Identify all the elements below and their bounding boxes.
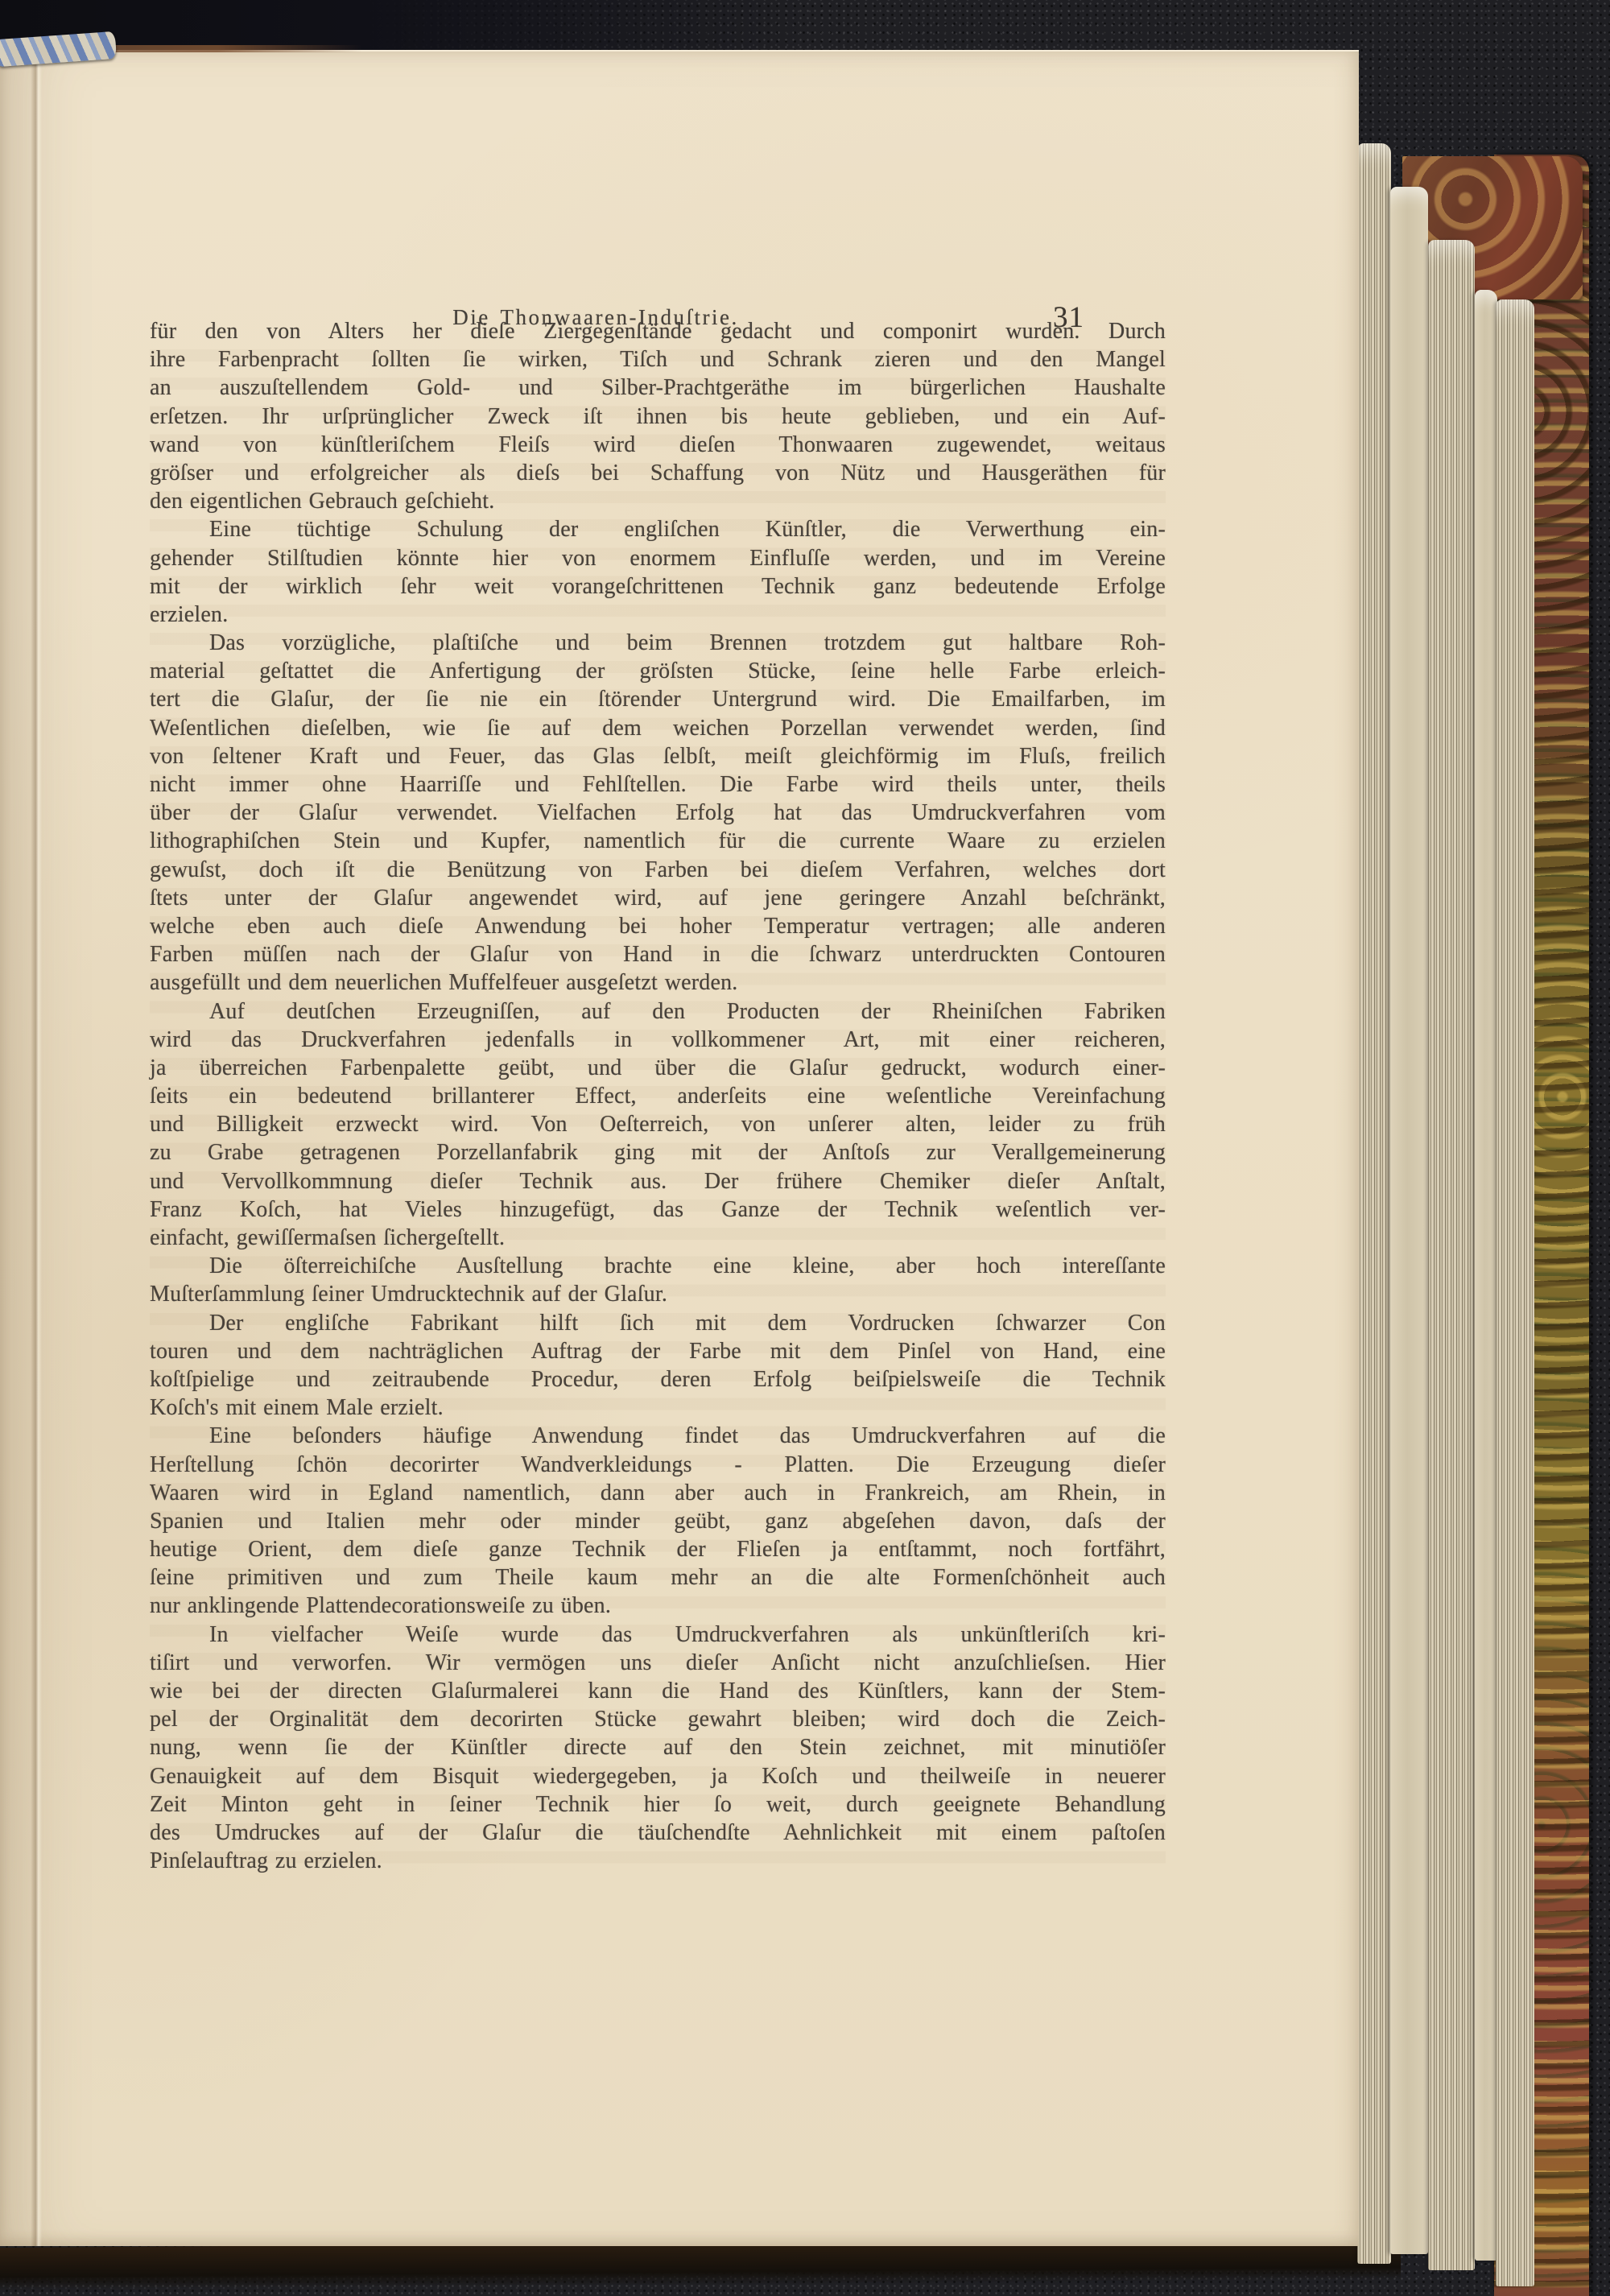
gutter-crease: [31, 52, 42, 2246]
text-line: Die öſterreichiſche Ausſtellung brachte …: [150, 1252, 1166, 1280]
text-line: Muſterſammlung ſeiner Umdrucktechnik auf…: [150, 1280, 1166, 1308]
book-spine: [0, 0, 805, 50]
text-line: Genauigkeit auf dem Bisquit wiedergegebe…: [150, 1762, 1166, 1790]
text-line: Herſtellung ſchön decorirter Wandverklei…: [150, 1451, 1166, 1479]
text-line: Spanien und Italien mehr oder minder geü…: [150, 1507, 1166, 1535]
text-line: gehender Stilſtudien könnte hier von eno…: [150, 544, 1166, 572]
text-line: nung, wenn ſie der Künſtler directe auf …: [150, 1733, 1166, 1761]
text-line: und Vervollkommnung dieſer Technik aus. …: [150, 1167, 1166, 1195]
text-line: ja überreichen Farbenpalette geübt, und …: [150, 1054, 1166, 1082]
book-page: Die Thonwaaren-Induſtrie. 31 für den von…: [0, 50, 1359, 2246]
text-line: Franz Koſch, hat Vieles hinzugefügt, das…: [150, 1195, 1166, 1224]
text-line: ausgefüllt und dem neuerlichen Muffelfeu…: [150, 968, 1166, 997]
text-line: material geſtattet die Anfertigung der g…: [150, 657, 1166, 685]
fore-edge-pages: [1390, 187, 1428, 2254]
text-line: ſeine primitiven und zum Theile kaum meh…: [150, 1563, 1166, 1592]
text-line: Eine tüchtige Schulung der engliſchen Kü…: [150, 515, 1166, 543]
text-line: pel der Orginalität dem decorirten Stück…: [150, 1705, 1166, 1733]
text-line: wie bei der directen Glaſurmalerei kann …: [150, 1677, 1166, 1705]
text-line: ſtets unter der Glaſur angewendet wird, …: [150, 884, 1166, 912]
text-line: Farben müſſen nach der Glaſur von Hand i…: [150, 940, 1166, 968]
text-line: wird das Druckverfahren jedenfalls in vo…: [150, 1026, 1166, 1054]
text-line: erzielen.: [150, 601, 1166, 629]
text-line: tiſirt und verworfen. Wir vermögen uns d…: [150, 1649, 1166, 1677]
text-line: Koſch's mit einem Male erzielt.: [150, 1394, 1166, 1422]
text-block: für den von Alters her dieſe Ziergegenſt…: [150, 317, 1166, 1875]
text-line: Der engliſche Fabrikant hilft ſich mit d…: [150, 1309, 1166, 1337]
text-line: ſeits ein bedeutend brillanterer Effect,…: [150, 1082, 1166, 1110]
text-line: für den von Alters her dieſe Ziergegenſt…: [150, 317, 1166, 345]
text-line: zu Grabe getragenen Porzellanfabrik ging…: [150, 1138, 1166, 1167]
text-line: Weſentlichen dieſelben, wie ſie auf dem …: [150, 714, 1166, 742]
text-line: über der Glaſur verwendet. Vielfachen Er…: [150, 799, 1166, 827]
fore-edge-pages: [1496, 299, 1534, 2286]
text-line: nicht immer ohne Haarriſſe und Fehlſtell…: [150, 770, 1166, 799]
text-line: lithographiſchen Stein und Kupfer, namen…: [150, 827, 1166, 855]
text-line: ihre Farbenpracht ſollten ſie wirken, Ti…: [150, 345, 1166, 374]
text-line: des Umdruckes auf der Glaſur die täuſche…: [150, 1819, 1166, 1847]
text-line: an auszuſtellendem Gold- und Silber-Prac…: [150, 374, 1166, 402]
text-line: welche eben auch dieſe Anwendung bei hoh…: [150, 912, 1166, 940]
text-line: koſtſpielige und zeitraubende Procedur, …: [150, 1365, 1166, 1394]
fore-edge-pages: [1357, 143, 1391, 2264]
text-line: wand von künſtleriſchem Fleiſs wird dieſ…: [150, 431, 1166, 459]
text-line: und Billigkeit erzweckt wird. Von Oeſter…: [150, 1110, 1166, 1138]
text-line: einfacht, gewiſſermaſsen ſichergeſtellt.: [150, 1224, 1166, 1252]
text-line: gewuſst, doch iſt die Benützung von Farb…: [150, 856, 1166, 884]
text-line: Auf deutſchen Erzeugniſſen, auf den Prod…: [150, 997, 1166, 1026]
fore-edge-pages: [1428, 240, 1475, 2270]
text-line: In vielfacher Weiſe wurde das Umdruckver…: [150, 1621, 1166, 1649]
text-line: erſetzen. Ihr urſprünglicher Zweck iſt i…: [150, 403, 1166, 431]
text-line: heutige Orient, dem dieſe ganze Technik …: [150, 1535, 1166, 1563]
fore-edge-pages: [1475, 290, 1497, 2261]
text-line: tert die Glaſur, der ſie nie ein ſtörend…: [150, 685, 1166, 713]
text-line: Das vorzügliche, plaſtiſche und beim Bre…: [150, 629, 1166, 657]
text-line: Eine beſonders häufige Anwendung findet …: [150, 1422, 1166, 1450]
text-line: touren und dem nachträglichen Auftrag de…: [150, 1337, 1166, 1365]
text-line: Pinſelauftrag zu erzielen.: [150, 1847, 1166, 1875]
text-line: den eigentlichen Gebrauch geſchieht.: [150, 487, 1166, 515]
text-line: gröſser und erfolgreicher als dieſs bei …: [150, 459, 1166, 487]
text-line: mit der wirklich ſehr weit vorangeſchrit…: [150, 572, 1166, 601]
text-line: Waaren wird in Egland namentlich, dann a…: [150, 1479, 1166, 1507]
text-line: Zeit Minton geht in ſeiner Technik hier …: [150, 1790, 1166, 1819]
text-line: von ſeltener Kraft und Feuer, das Glas ſ…: [150, 742, 1166, 770]
text-line: nur anklingende Plattendecorationsweiſe …: [150, 1592, 1166, 1620]
